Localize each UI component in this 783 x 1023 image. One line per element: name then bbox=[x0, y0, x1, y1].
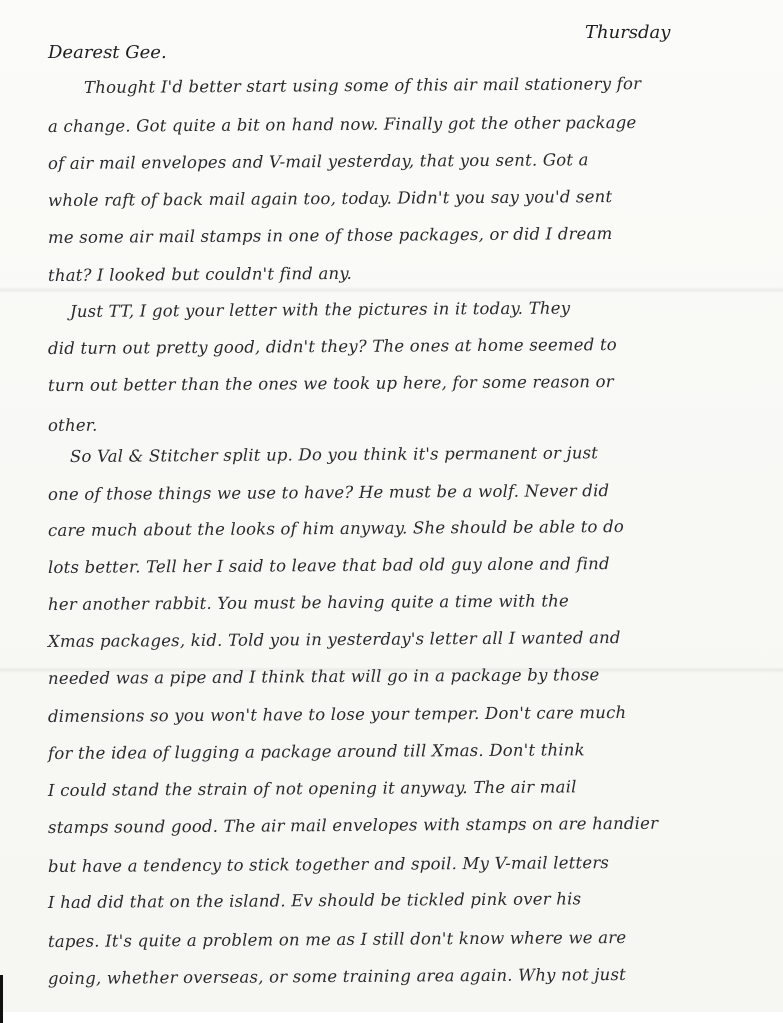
letter-line: So Val & Stitcher split up. Do you think… bbox=[70, 443, 598, 466]
letter-line: that? I looked but couldn't find any. bbox=[48, 264, 352, 285]
letter-salutation: Dearest Gee. bbox=[48, 42, 167, 63]
letter-line: Thought I'd better start using some of t… bbox=[84, 74, 641, 97]
letter-line: going, whether overseas, or some trainin… bbox=[48, 965, 626, 988]
letter-line: needed was a pipe and I think that will … bbox=[48, 665, 600, 688]
letter-line: Just TT, I got your letter with the pict… bbox=[70, 299, 570, 321]
letter-line: tapes. It's quite a problem on me as I s… bbox=[48, 928, 626, 951]
letter-line: one of those things we use to have? He m… bbox=[48, 481, 609, 504]
letter-line: but have a tendency to stick together an… bbox=[48, 853, 609, 876]
fold-line bbox=[0, 287, 783, 293]
letter-line: for the idea of lugging a package around… bbox=[48, 740, 585, 763]
letter-line: other. bbox=[48, 416, 98, 435]
letter-line: lots better. Tell her I said to leave th… bbox=[48, 554, 610, 577]
letter-line: of air mail envelopes and V-mail yesterd… bbox=[48, 150, 589, 173]
letter-line: dimensions so you won't have to lose you… bbox=[48, 703, 626, 726]
letter-line: I could stand the strain of not opening … bbox=[48, 777, 577, 800]
letter-line: whole raft of back mail again too, today… bbox=[48, 187, 612, 210]
letter-line: care much about the looks of him anyway.… bbox=[48, 517, 624, 540]
letter-line: her another rabbit. You must be having q… bbox=[48, 591, 569, 614]
letter-line: did turn out pretty good, didn't they? T… bbox=[48, 335, 617, 358]
letter-date: Thursday bbox=[585, 22, 670, 43]
letter-line: turn out better than the ones we took up… bbox=[48, 372, 614, 395]
letter-line: I had did that on the island. Ev should … bbox=[48, 889, 581, 912]
letter-line: Xmas packages, kid. Told you in yesterda… bbox=[48, 628, 621, 651]
letter-line: me some air mail stamps in one of those … bbox=[48, 224, 613, 247]
scan-edge bbox=[0, 975, 3, 1023]
scan-margin bbox=[0, 1012, 783, 1023]
